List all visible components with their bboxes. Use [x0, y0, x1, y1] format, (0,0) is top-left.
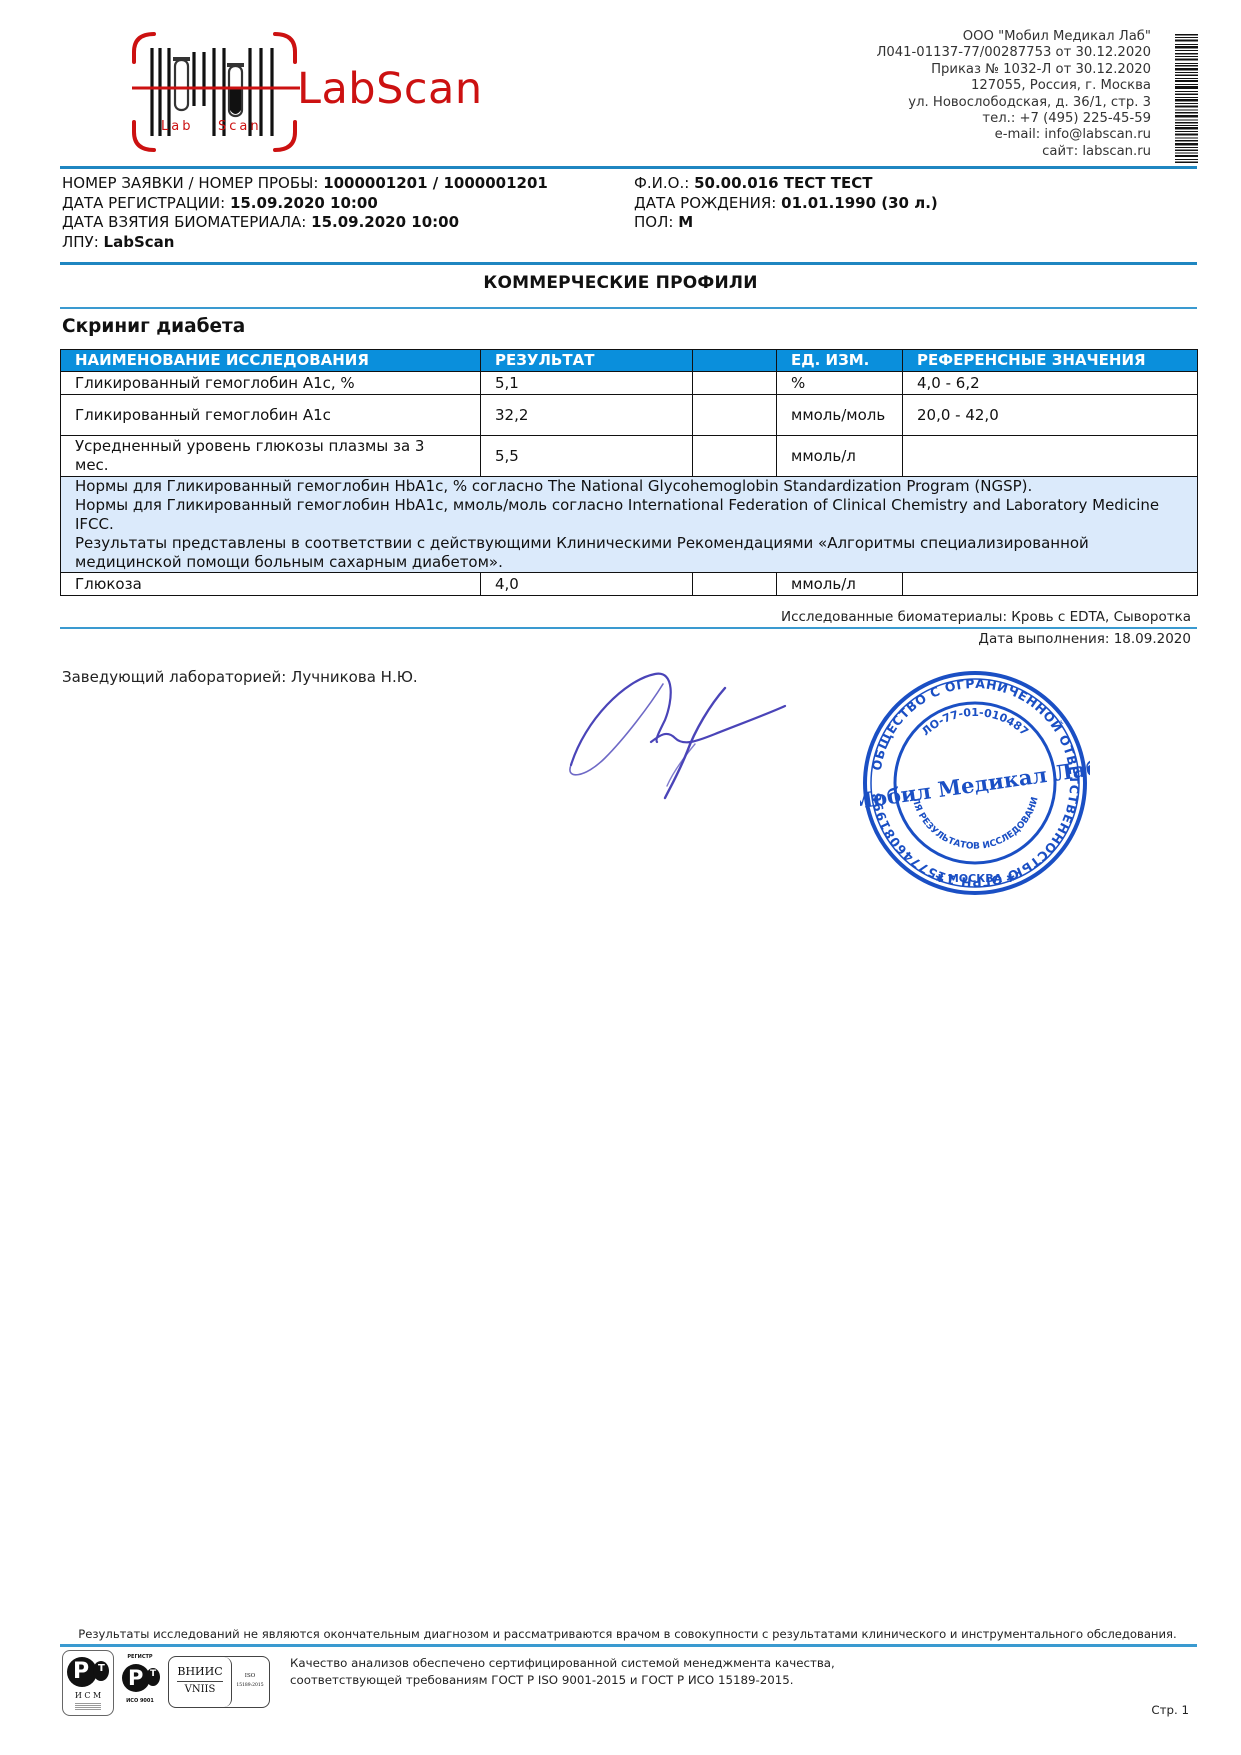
quality-statement: Качество анализов обеспечено сертифициро…	[290, 1655, 835, 1689]
profile-title: Скриниг диабета	[62, 316, 245, 337]
test-name: Усредненный уровень глюкозы плазмы за 3 …	[61, 436, 481, 477]
patient-sex-label: ПОЛ:	[634, 213, 673, 231]
test-reference: 4,0 - 6,2	[903, 372, 1198, 395]
company-license: Л041-01137-77/00287753 от 30.12.2020	[876, 45, 1151, 61]
quality-line-2: соответствующей требованиям ГОСТ Р ISO 9…	[290, 1672, 835, 1689]
test-flag	[693, 573, 777, 596]
footer-divider	[60, 1644, 1197, 1647]
stamp-icon: ОБЩЕСТВО С ОГРАНИЧЕННОЙ ОТВЕТСТВЕННОСТЬЮ…	[860, 668, 1090, 898]
company-phone: тел.: +7 (495) 225-45-59	[876, 111, 1151, 127]
order-number-value: 1000001201 / 1000001201	[323, 174, 548, 192]
patient-dob-label: ДАТА РОЖДЕНИЯ:	[634, 194, 776, 212]
company-city: 127055, Россия, г. Москва	[876, 78, 1151, 94]
patient-name-value: 50.00.016 ТЕСТ ТЕСТ	[694, 174, 872, 192]
section-title: КОММЕРЧЕСКИЕ ПРОФИЛИ	[0, 273, 1241, 293]
results-table: НАИМЕНОВАНИЕ ИССЛЕДОВАНИЯ РЕЗУЛЬТАТ ЕД. …	[60, 349, 1198, 596]
signature-icon	[555, 660, 795, 805]
table-row: Гликированный гемоглобин A1c 32,2 ммоль/…	[61, 395, 1198, 436]
test-result: 5,5	[481, 436, 693, 477]
page-number: Стр. 1	[1151, 1703, 1189, 1717]
lpu-line: ЛПУ: LabScan	[62, 233, 548, 253]
biomaterials: Исследованные биоматериалы: Кровь с EDTA…	[781, 609, 1191, 625]
header-divider	[60, 166, 1197, 169]
company-street: ул. Новослободская, д. 36/1, стр. 3	[876, 95, 1151, 111]
rst-registry-cert-icon: РЕГИСТР Р Т ИСО 9001	[118, 1654, 162, 1712]
barcode-icon	[1175, 34, 1198, 164]
patient-name-line: Ф.И.О.: 50.00.016 ТЕСТ ТЕСТ	[634, 174, 938, 194]
header-unit: ЕД. ИЗМ.	[777, 350, 903, 372]
test-flag	[693, 436, 777, 477]
registration-date-label: ДАТА РЕГИСТРАЦИИ:	[62, 194, 225, 212]
table-row: Глюкоза 4,0 ммоль/л	[61, 573, 1198, 596]
disclaimer: Результаты исследований не являются окон…	[0, 1627, 1241, 1641]
registration-date-value: 15.09.2020 10:00	[230, 194, 378, 212]
test-name: Гликированный гемоглобин A1c	[61, 395, 481, 436]
test-result: 5,1	[481, 372, 693, 395]
table-row: Гликированный гемоглобин A1c, % 5,1 % 4,…	[61, 372, 1198, 395]
patient-name-label: Ф.И.О.:	[634, 174, 689, 192]
company-email: e-mail: info@labscan.ru	[876, 127, 1151, 143]
note-ifcc: Нормы для Гликированный гемоглобин HbA1c…	[75, 496, 1197, 534]
patient-sex-line: ПОЛ: М	[634, 213, 938, 233]
header-flag	[693, 350, 777, 372]
sample-date-label: ДАТА ВЗЯТИЯ БИОМАТЕРИАЛА:	[62, 213, 306, 231]
test-reference	[903, 573, 1198, 596]
labscan-logo: Lab Scan LabScan	[132, 30, 502, 155]
svg-text:Lab: Lab	[161, 119, 193, 134]
table-note: Нормы для Гликированный гемоглобин HbA1c…	[61, 477, 1198, 573]
test-reference: 20,0 - 42,0	[903, 395, 1198, 436]
execution-date: Дата выполнения: 18.09.2020	[978, 631, 1191, 647]
order-number-line: НОМЕР ЗАЯВКИ / НОМЕР ПРОБЫ: 1000001201 /…	[62, 174, 548, 194]
registration-date-line: ДАТА РЕГИСТРАЦИИ: 15.09.2020 10:00	[62, 194, 548, 214]
company-order: Приказ № 1032-Л от 30.12.2020	[876, 62, 1151, 78]
table-header-row: НАИМЕНОВАНИЕ ИССЛЕДОВАНИЯ РЕЗУЛЬТАТ ЕД. …	[61, 350, 1198, 372]
patient-info: Ф.И.О.: 50.00.016 ТЕСТ ТЕСТ ДАТА РОЖДЕНИ…	[634, 174, 938, 233]
patient-dob-value: 01.01.1990 (30 л.)	[781, 194, 938, 212]
test-result: 32,2	[481, 395, 693, 436]
company-name: ООО "Мобил Медикал Лаб"	[876, 29, 1151, 45]
test-name: Глюкоза	[61, 573, 481, 596]
header-test-name: НАИМЕНОВАНИЕ ИССЛЕДОВАНИЯ	[61, 350, 481, 372]
sample-date-line: ДАТА ВЗЯТИЯ БИОМАТЕРИАЛА: 15.09.2020 10:…	[62, 213, 548, 233]
order-info: НОМЕР ЗАЯВКИ / НОМЕР ПРОБЫ: 1000001201 /…	[62, 174, 548, 252]
header-reference: РЕФЕРЕНСНЫЕ ЗНАЧЕНИЯ	[903, 350, 1198, 372]
test-flag	[693, 372, 777, 395]
test-name: Гликированный гемоглобин A1c, %	[61, 372, 481, 395]
test-reference	[903, 436, 1198, 477]
stamp-name: «Мобил Медикал Лаб»	[860, 753, 1090, 817]
section-divider	[60, 307, 1197, 309]
company-site: сайт: labscan.ru	[876, 144, 1151, 160]
test-unit: ммоль/л	[777, 436, 903, 477]
vniis-iso-cert-icon: ВНИИС VNIIS ISO 15189:2015	[168, 1656, 270, 1708]
company-info: ООО "Мобил Медикал Лаб" Л041-01137-77/00…	[876, 29, 1151, 160]
test-unit: ммоль/л	[777, 573, 903, 596]
test-unit: ммоль/моль	[777, 395, 903, 436]
head-of-lab: Заведующий лабораторией: Лучникова Н.Ю.	[62, 668, 418, 686]
table-note-row: Нормы для Гликированный гемоглобин HbA1c…	[61, 477, 1198, 573]
header-result: РЕЗУЛЬТАТ	[481, 350, 693, 372]
table-footer-divider	[60, 627, 1197, 629]
patient-sex-value: М	[678, 213, 693, 231]
stamp-city: ✱ МОСКВА ✱	[935, 872, 1015, 885]
lpu-label: ЛПУ:	[62, 233, 99, 251]
svg-text:ЛО-77-01-010487: ЛО-77-01-010487	[919, 706, 1031, 738]
barcode-tube-icon: Lab Scan	[132, 30, 302, 155]
lpu-value: LabScan	[104, 233, 175, 251]
patient-dob-line: ДАТА РОЖДЕНИЯ: 01.01.1990 (30 л.)	[634, 194, 938, 214]
quality-line-1: Качество анализов обеспечено сертифициро…	[290, 1655, 835, 1672]
order-number-label: НОМЕР ЗАЯВКИ / НОМЕР ПРОБЫ:	[62, 174, 318, 192]
info-divider	[60, 262, 1197, 265]
table-row: Усредненный уровень глюкозы плазмы за 3 …	[61, 436, 1198, 477]
note-ngsp: Нормы для Гликированный гемоглобин HbA1c…	[75, 477, 1197, 496]
sample-date-value: 15.09.2020 10:00	[311, 213, 459, 231]
test-unit: %	[777, 372, 903, 395]
rst-ism-cert-icon: Р Т И С М	[62, 1650, 114, 1716]
brand-name: LabScan	[297, 64, 483, 114]
note-guidelines: Результаты представлены в соответствии с…	[75, 534, 1197, 572]
test-result: 4,0	[481, 573, 693, 596]
svg-text:Scan: Scan	[218, 119, 262, 134]
test-flag	[693, 395, 777, 436]
